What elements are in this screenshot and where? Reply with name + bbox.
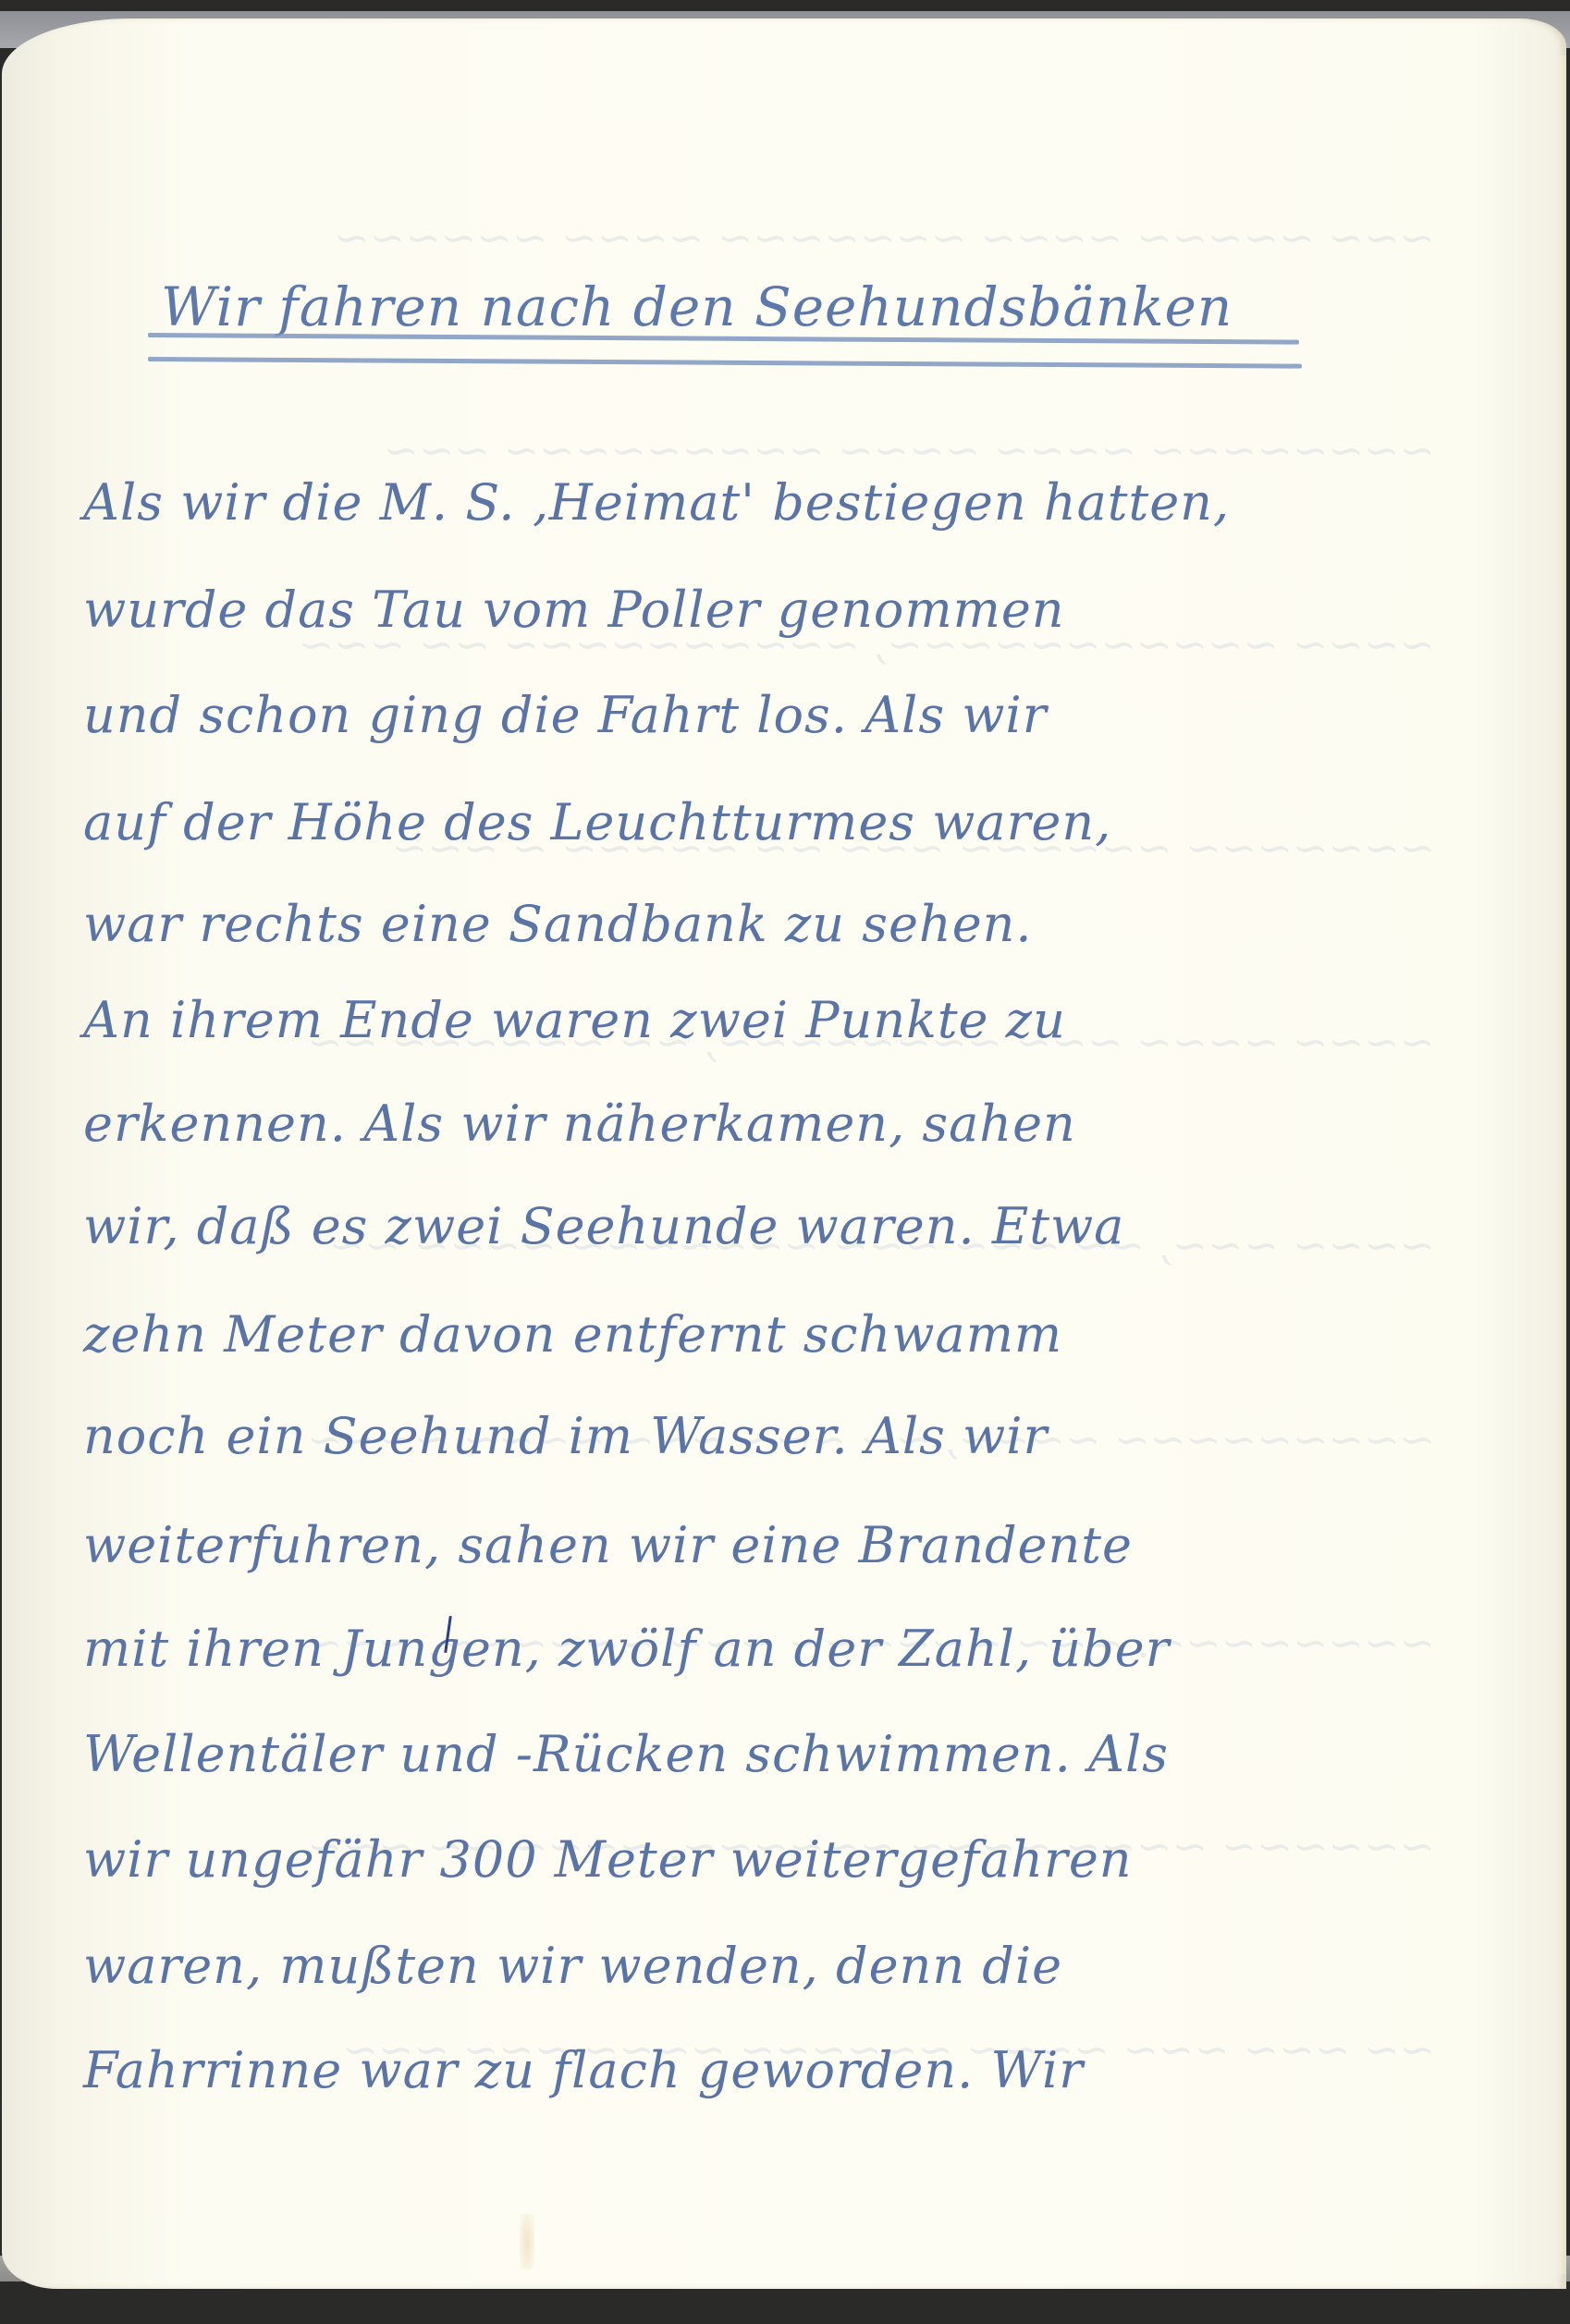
notebook-page: ~~~ ~~~~~ ~~~~ ~~~~~~~ ~~~~ ~~~~~~ ~~~~~… (2, 18, 1566, 2289)
text-line: und schon ging die Fahrt los. Als wir (83, 686, 1048, 744)
text-line: mit ihren Jungen, zwölf an der Zahl, übe… (83, 1620, 1170, 1678)
handwritten-content: ~~~ ~~~~~ ~~~~ ~~~~~~~ ~~~~ ~~~~~~ ~~~~~… (2, 18, 1566, 2289)
text-line: waren, mußten wir wenden, denn die (83, 1937, 1062, 1995)
bleed-through-text: ~~~~~~~~ ~~~~ ~~~~ ~~~~~~~~~ ~~~ (141, 425, 1435, 475)
page-title: Wir fahren nach den Seehundsbänken (161, 275, 1307, 338)
text-line: zehn Meter davon entfernt schwamm (83, 1305, 1062, 1364)
text-line: wir ungefähr 300 Meter weitergefahren (83, 1830, 1133, 1889)
text-line: wir, daß es zwei Seehunde waren. Etwa (83, 1197, 1124, 1255)
title-underline-double (148, 357, 1302, 369)
text-line: weiterfuhren, sahen wir eine Brandente (83, 1516, 1133, 1574)
text-line: Wellentäler und -Rücken schwimmen. Als (83, 1725, 1169, 1783)
text-line: noch ein Seehund im Wasser. Als wir (83, 1407, 1048, 1465)
bleed-through-text: ~~~ ~~~~~ ~~~~ ~~~~~~~ ~~~~ ~~~~~~ (141, 213, 1435, 263)
text-line: Fahrrinne war zu flach geworden. Wir (83, 2041, 1084, 2099)
text-line: An ihrem Ende waren zwei Punkte zu (83, 991, 1066, 1049)
text-line: wurde das Tau vom Poller genommen (83, 581, 1065, 639)
paper-stain (520, 2214, 534, 2269)
text-line: erkennen. Als wir näherkamen, sahen (83, 1095, 1076, 1153)
text-line: Als wir die M. S. ‚Heimat' bestiegen hat… (83, 473, 1230, 532)
text-line: war rechts eine Sandbank zu sehen. (83, 895, 1033, 953)
text-line: auf der Höhe des Leuchtturmes waren, (83, 793, 1111, 851)
